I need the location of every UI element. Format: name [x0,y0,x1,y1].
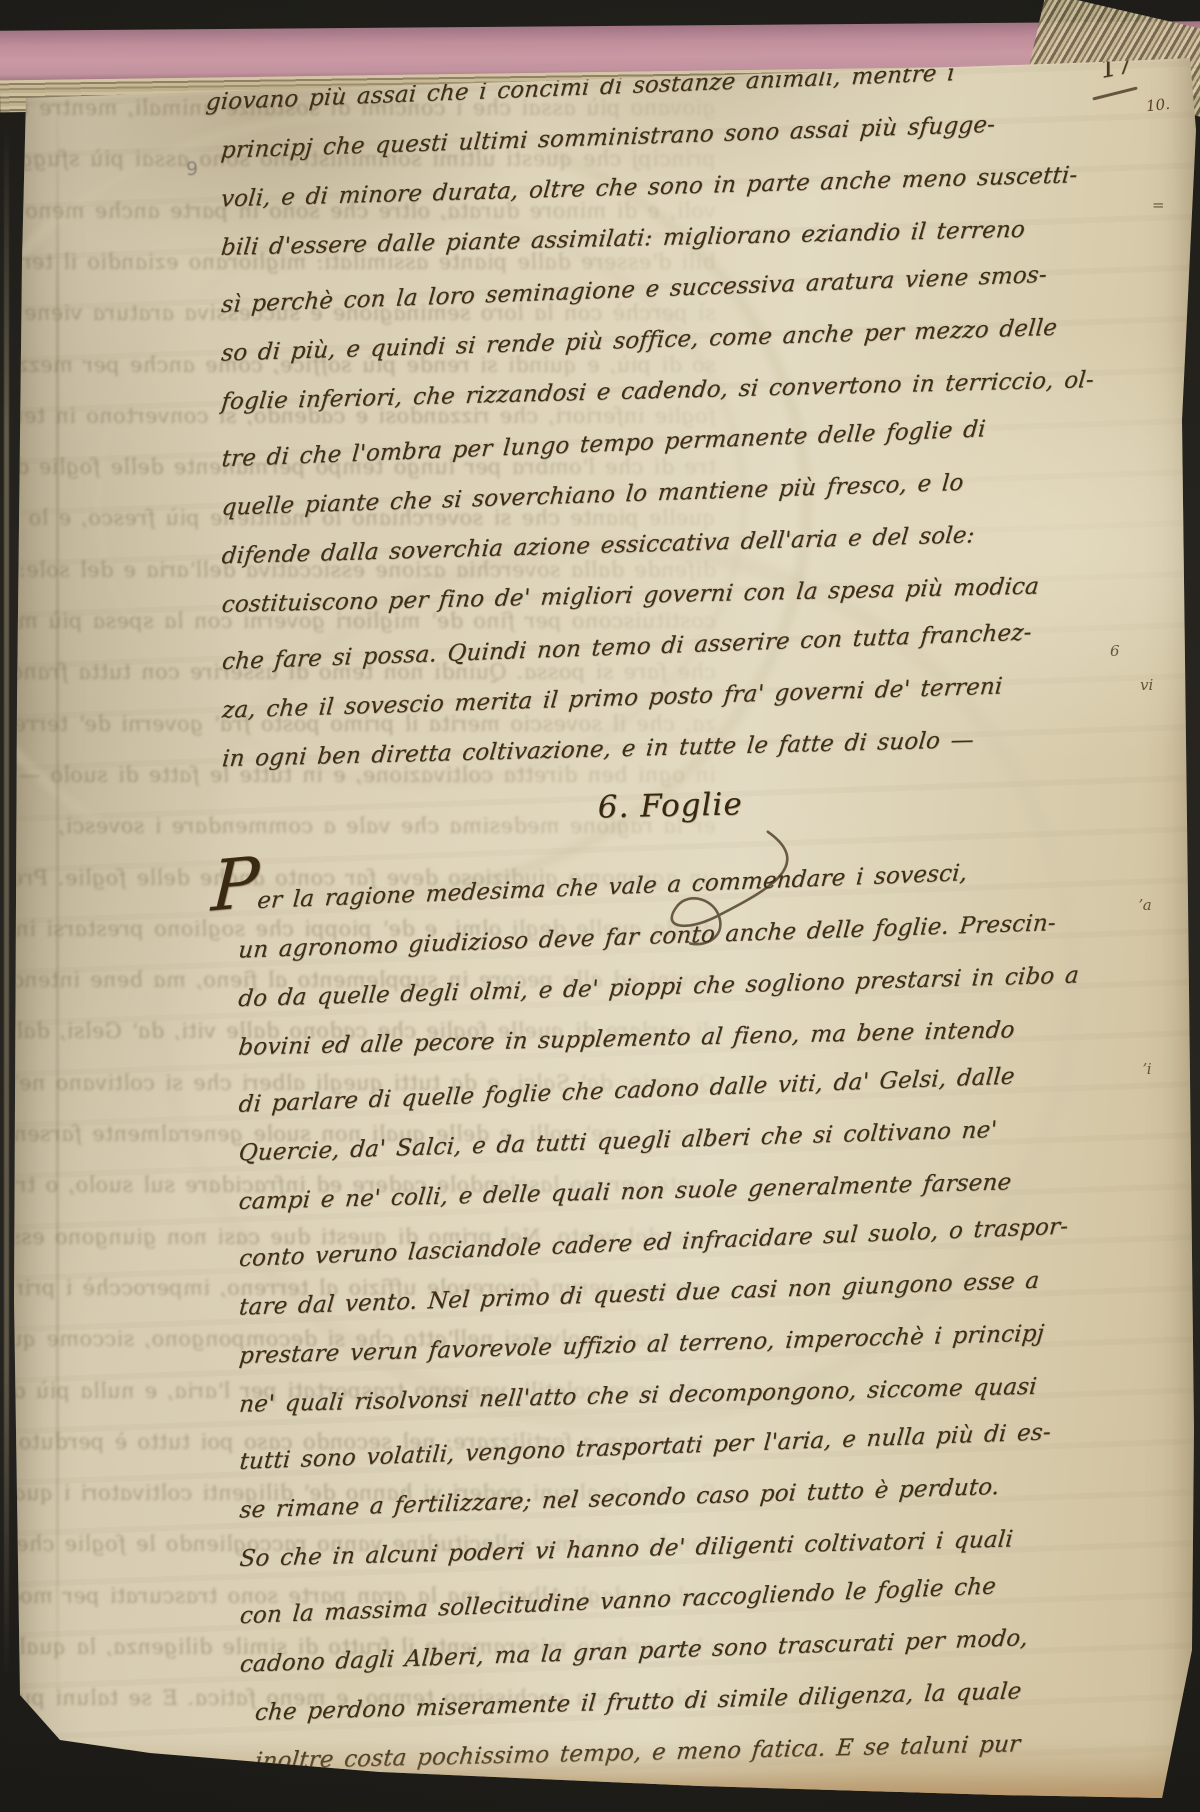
margin-annotation-mark-a: ʼa [1138,896,1152,914]
secondary-folio-number: 10. [1145,95,1171,115]
margin-annotation-mark-vi-lower: ʼi [1142,1060,1152,1078]
section-heading: 6. Foglie [597,786,743,825]
gutter-page-edge [4,120,9,1680]
paper-crease [56,100,59,1730]
handwritten-text-column: giovano più assai che i concimi di sosta… [212,50,1133,1787]
paragraph: P er la ragione medesima che vale a comm… [230,850,1134,1787]
manuscript-page: giovano più assai che i concimi di sosta… [0,0,1200,1812]
margin-annotation-mark-equals: = [1152,196,1165,214]
margin-annotation-mark-vi-upper: vi [1140,676,1153,694]
margin-annotation-pencil-number: 9 [186,158,198,180]
paragraph: giovano più assai che i concimi di sosta… [212,50,1111,783]
page-number-underline [1092,86,1137,100]
margin-annotation-mark-six: 6 [1110,642,1120,660]
bottom-deckle-edge [0,1740,1200,1812]
photographed-manuscript-scene: giovano più assai che i concimi di sosta… [0,0,1200,1812]
